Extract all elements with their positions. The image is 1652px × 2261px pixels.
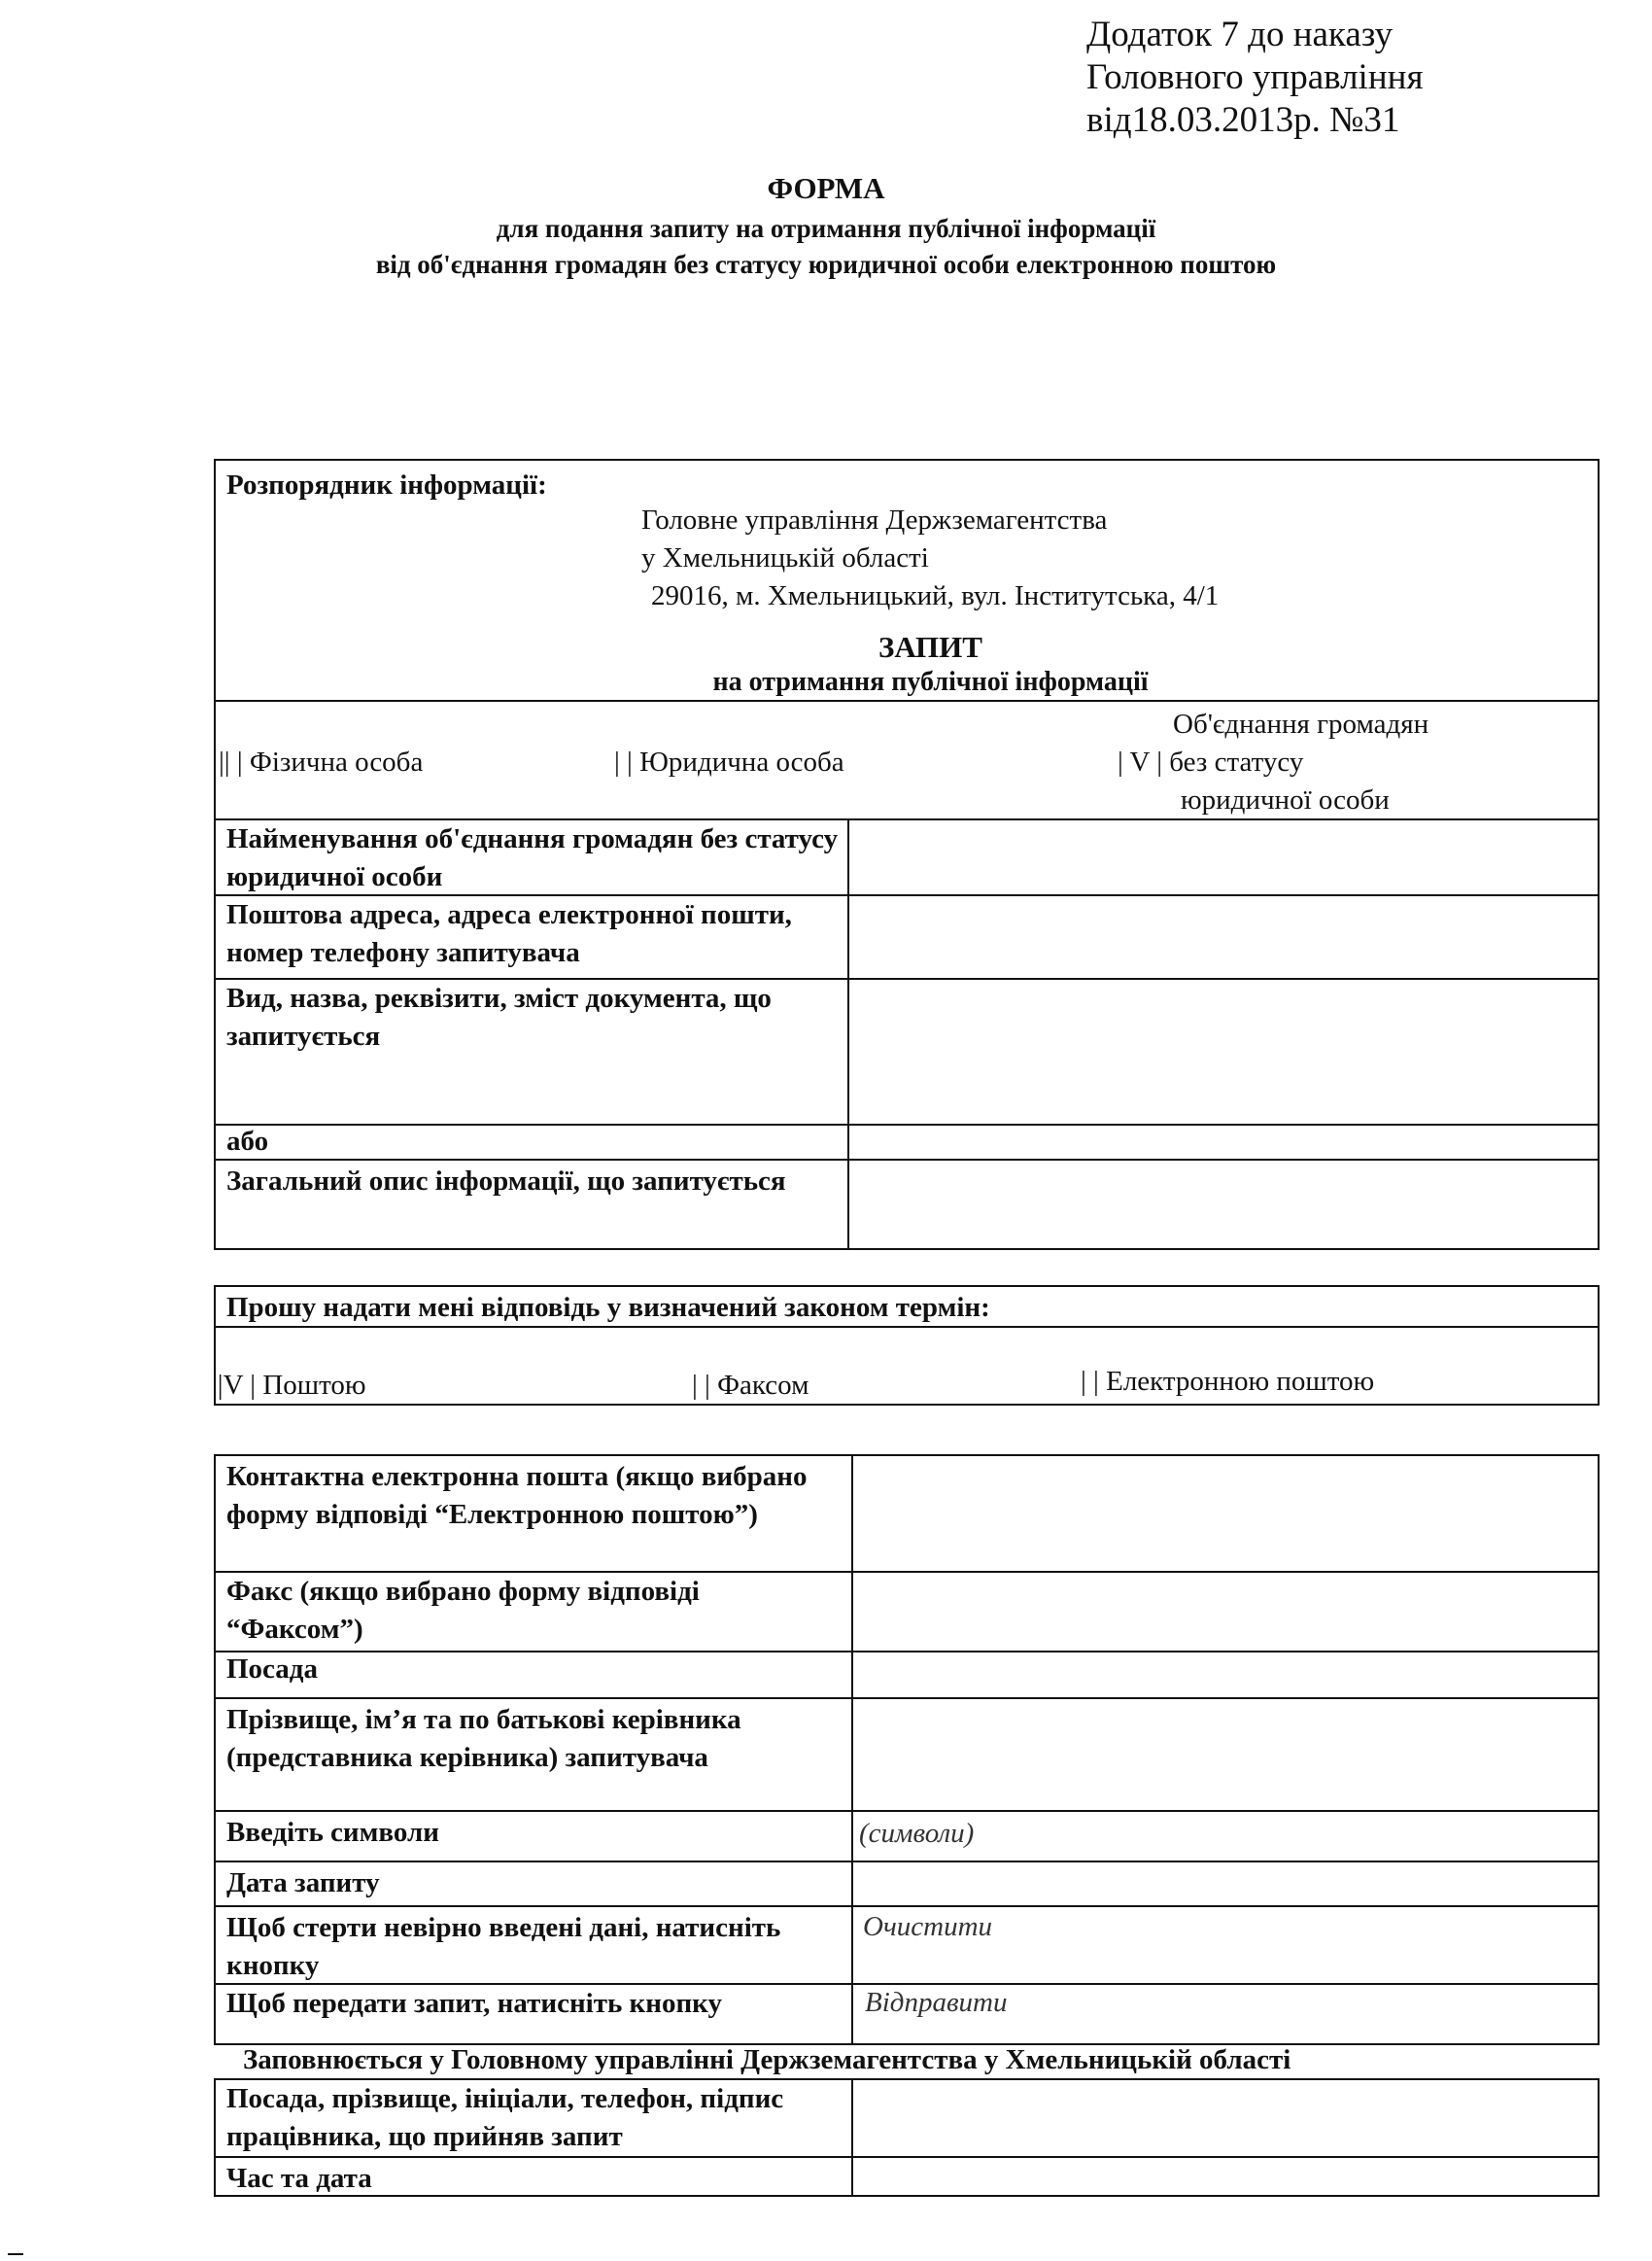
divider xyxy=(214,700,1600,702)
row-label-fax: Факс (якщо вибрано форму відповіді “Факс… xyxy=(226,1573,839,1649)
request-date-input[interactable] xyxy=(853,1862,1598,1905)
holder-line-1: Головне управління Держземагентства xyxy=(641,502,1107,539)
row-label-general-description: Загальний опис інформації, що запитуєтьс… xyxy=(226,1163,839,1200)
holder-label: Розпорядник інформації: xyxy=(226,467,547,504)
checkbox-post-label: Поштою xyxy=(262,1370,365,1401)
scan-mark xyxy=(8,2253,23,2255)
holder-line-2: у Хмельницькій області xyxy=(641,539,929,577)
office-use-caption: Заповнюється у Головному управлінні Держ… xyxy=(243,2041,1291,2079)
row-label-send: Щоб передати запит, натисніть кнопку xyxy=(226,1985,722,2023)
form-title: ФОРМА xyxy=(0,171,1652,206)
send-button[interactable]: Відправити xyxy=(865,1987,1007,2019)
association-name-input[interactable] xyxy=(849,820,1598,894)
contact-email-input[interactable] xyxy=(853,1456,1598,1571)
response-method-heading: Прошу надати мені відповідь у визначений… xyxy=(226,1289,990,1327)
row-label-clear: Щоб стерти невірно введені дані, натисні… xyxy=(226,1909,839,1985)
checkbox-post[interactable]: ||V | xyxy=(212,1370,256,1401)
checkbox-association[interactable]: | V | xyxy=(1118,747,1162,778)
general-description-input[interactable] xyxy=(849,1161,1598,1248)
checkbox-association-label-line-2: без статусу xyxy=(1169,747,1303,778)
response-option-post[interactable]: ||V | Поштою xyxy=(212,1367,366,1405)
row-label-document-details: Вид, назва, реквізити, зміст документа, … xyxy=(226,980,839,1056)
request-subtitle: на отримання публічної інформації xyxy=(0,667,1652,698)
response-option-email[interactable]: | | Електронною поштою xyxy=(1081,1363,1374,1401)
row-label-full-name: Прізвище, ім’я та по батькові керівника … xyxy=(226,1701,839,1777)
checkbox-email[interactable]: | | xyxy=(1081,1366,1099,1397)
row-label-request-date: Дата запиту xyxy=(226,1864,380,1902)
row-label-or: або xyxy=(226,1123,268,1161)
document-details-input[interactable] xyxy=(849,980,1598,1124)
checkbox-email-label: Електронною поштою xyxy=(1106,1366,1374,1397)
divider xyxy=(214,1124,1600,1126)
contact-address-input[interactable] xyxy=(849,896,1598,978)
row-label-captcha: Введіть символи xyxy=(226,1814,439,1852)
captcha-input[interactable]: (символи) xyxy=(859,1818,974,1850)
checkbox-association-label-line-3: юридичної особи xyxy=(1181,782,1390,819)
row-label-contact-email: Контактна електронна пошта (якщо вибрано… xyxy=(226,1458,839,1534)
position-input[interactable] xyxy=(853,1652,1598,1697)
receiver-input[interactable] xyxy=(853,2080,1598,2156)
clear-button[interactable]: Очистити xyxy=(863,1911,992,1943)
appendix-line-3: від18.03.2013р. №31 xyxy=(1086,99,1399,142)
checkbox-fax-label: Факсом xyxy=(717,1370,809,1401)
appendix-line-1: Додаток 7 до наказу xyxy=(1086,14,1393,56)
request-title: ЗАПИТ xyxy=(0,630,1652,665)
divider xyxy=(214,1326,1600,1328)
checkbox-individual-label: Фізична особа xyxy=(250,747,423,778)
form-subtitle-1: для подання запиту на отримання публічно… xyxy=(0,214,1652,244)
checkbox-legal-entity[interactable]: | | xyxy=(614,747,633,778)
full-name-input[interactable] xyxy=(853,1699,1598,1810)
checkbox-fax[interactable]: | | xyxy=(692,1370,710,1401)
divider xyxy=(214,1905,1600,1907)
row-label-time-date: Час та дата xyxy=(226,2160,372,2198)
requester-type-association[interactable]: | V | без статусу xyxy=(1118,744,1303,782)
response-option-fax[interactable]: | | Факсом xyxy=(692,1367,809,1405)
checkbox-individual[interactable]: || | xyxy=(219,747,243,778)
time-date-input[interactable] xyxy=(853,2158,1598,2195)
checkbox-association-label-line-1: Об'єднання громадян xyxy=(1173,706,1428,744)
appendix-line-2: Головного управління xyxy=(1086,56,1423,99)
form-subtitle-2: від об'єднання громадян без статусу юрид… xyxy=(0,250,1652,280)
requester-type-individual[interactable]: || | Фізична особа xyxy=(219,744,423,782)
checkbox-legal-entity-label: Юридична особа xyxy=(639,747,844,778)
requester-type-legal-entity[interactable]: | | Юридична особа xyxy=(614,744,844,782)
divider xyxy=(214,1810,1600,1812)
row-label-contact-address: Поштова адреса, адреса електронної пошти… xyxy=(226,896,839,972)
row-label-receiver: Посада, прізвище, ініціали, телефон, під… xyxy=(226,2080,839,2156)
row-label-position: Посада xyxy=(226,1651,318,1688)
holder-line-3: 29016, м. Хмельницький, вул. Інститутськ… xyxy=(651,577,1219,615)
fax-input[interactable] xyxy=(853,1573,1598,1651)
row-label-association-name: Найменування об'єднання громадян без ста… xyxy=(226,820,839,896)
